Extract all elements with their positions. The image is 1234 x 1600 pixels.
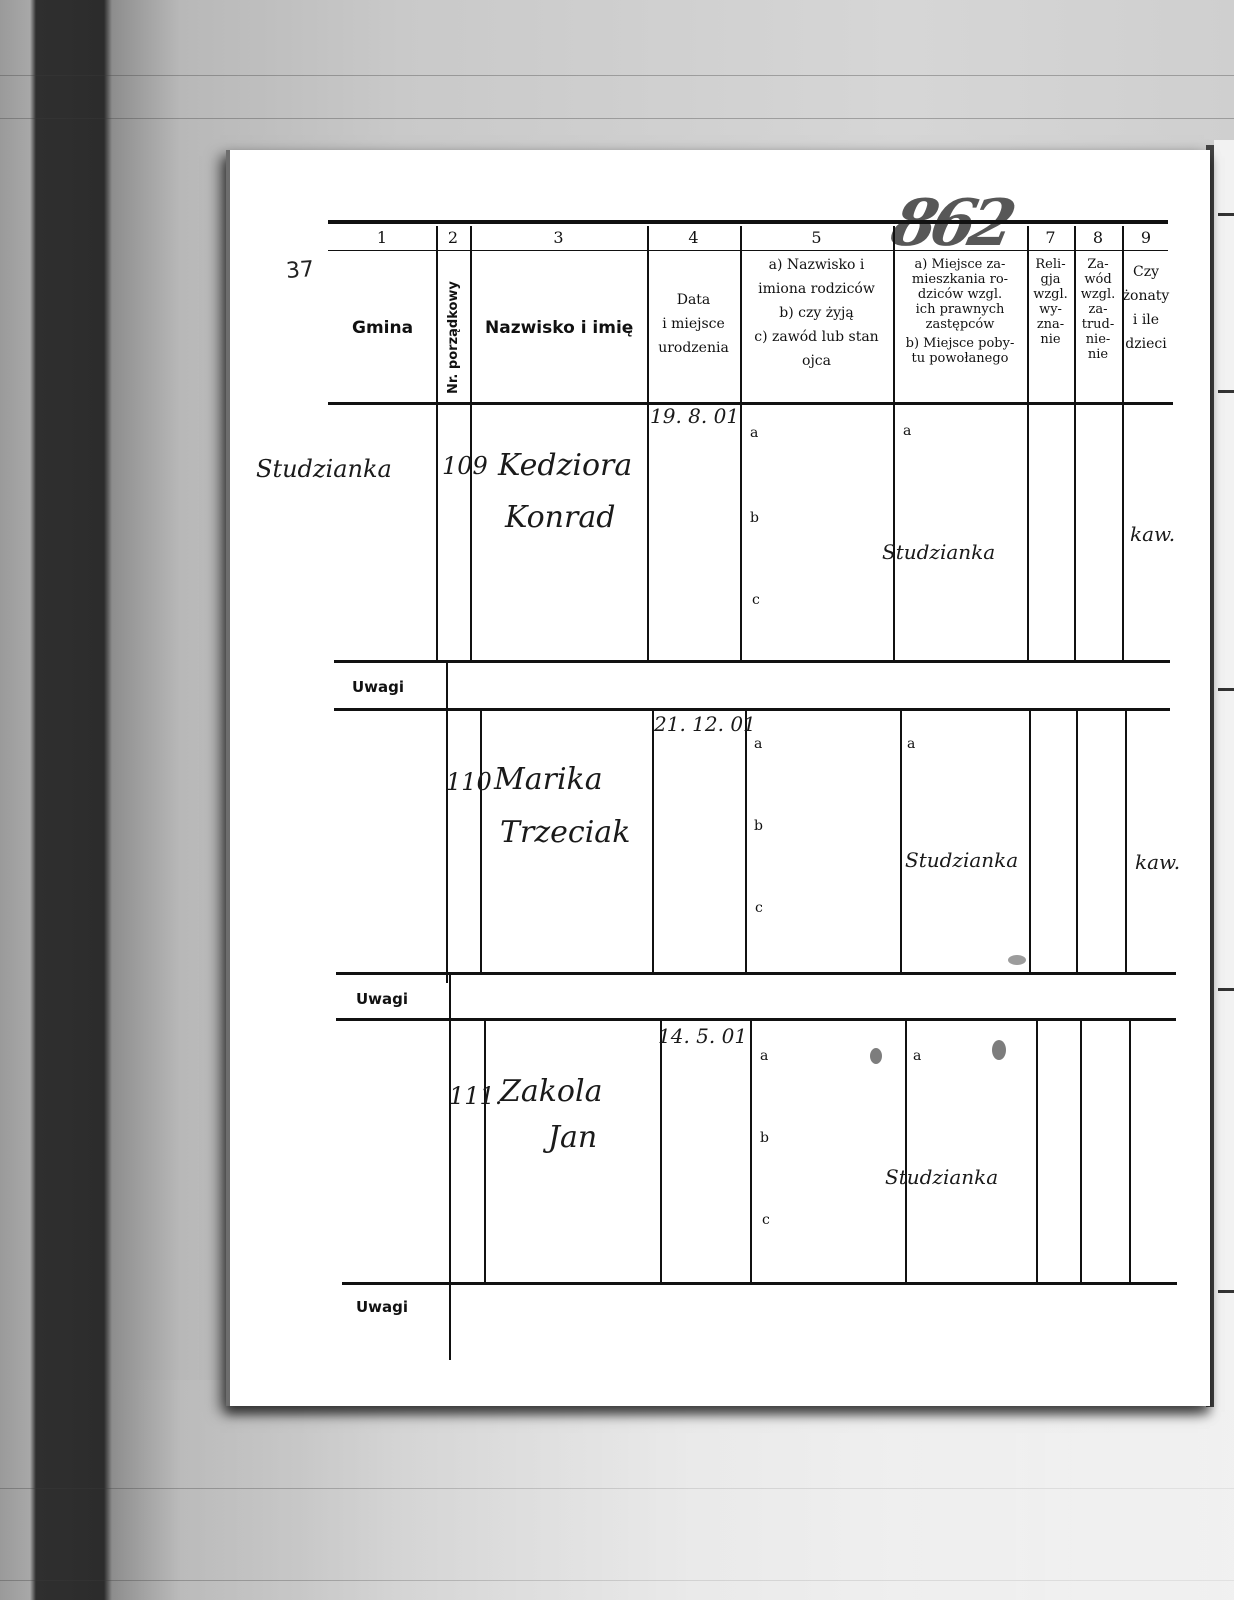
col-divider: [484, 1020, 486, 1282]
entry-residence-b: Studzianka: [882, 540, 995, 564]
entry-given-name: Trzeciak: [500, 815, 630, 850]
header-line: urodzenia: [647, 338, 740, 358]
entry-birth-date: 14. 5. 01: [658, 1024, 747, 1048]
col-divider: [750, 1020, 752, 1282]
entry-surname: Zakola: [500, 1074, 602, 1109]
header-line: ich prawnych: [893, 302, 1027, 317]
col-divider: [652, 710, 654, 972]
subfield-c: c: [755, 900, 763, 916]
col-number-2: 2: [436, 228, 470, 247]
header-line: Data: [647, 290, 740, 310]
col-number-6: 6: [893, 228, 1027, 247]
col-number-4: 4: [647, 228, 740, 247]
row-rule: [342, 1282, 1177, 1285]
header-line: dziców wzgl.: [893, 287, 1027, 302]
col-number-1: 1: [328, 228, 436, 247]
header-religia: Reli- gja wzgl. wy- zna- nie: [1027, 257, 1074, 347]
col-number-3: 3: [470, 228, 647, 247]
col-divider: [1125, 710, 1127, 972]
subfield-b: b: [754, 818, 763, 834]
ink-blot: [1008, 955, 1026, 965]
subfield-a: a: [760, 1048, 768, 1064]
col-divider: [1029, 710, 1031, 972]
entry-married: kaw.: [1130, 522, 1175, 546]
row-rule: [334, 708, 1170, 711]
col-divider: [660, 1020, 662, 1282]
subfield-b: b: [760, 1130, 769, 1146]
subfield-c: c: [762, 1212, 770, 1228]
header-zonaty: Czy żonaty i ile dzieci: [1122, 262, 1170, 354]
header-line: zastępców: [893, 317, 1027, 332]
col-number-8: 8: [1074, 228, 1122, 247]
col-number-5: 5: [740, 228, 893, 247]
entry-surname: Marika: [494, 762, 603, 797]
entry-given-name: Konrad: [505, 500, 615, 535]
entry-residence-b: Studzianka: [905, 848, 1018, 872]
entry-given-name: Jan: [548, 1120, 597, 1155]
col-divider: [1080, 1020, 1082, 1282]
subfield-c: c: [752, 592, 760, 608]
remarks-label: Uwagi: [352, 678, 404, 696]
col-number-9: 9: [1122, 228, 1170, 247]
entry-birth-date: 21. 12. 01: [654, 712, 756, 736]
header-nr-porzadkowy: Nr. porządkowy: [446, 281, 461, 394]
col-divider: [470, 226, 472, 662]
header-line: zna-: [1027, 317, 1074, 332]
header-line: a) Nazwisko i: [740, 255, 893, 275]
header-line: za-: [1074, 302, 1122, 317]
header-miejsce-zamieszkania: a) Miejsce za- mieszkania ro- dziców wzg…: [893, 257, 1027, 366]
header-line: wy-: [1027, 302, 1074, 317]
entry-surname: Kedziora: [498, 448, 632, 483]
subfield-a: a: [903, 423, 911, 439]
header-line: b) czy żyją: [740, 303, 893, 323]
col-divider: [1036, 1020, 1038, 1282]
header-line: wód: [1074, 272, 1122, 287]
remarks-label: Uwagi: [356, 1298, 408, 1316]
row-rule: [336, 1018, 1176, 1021]
column-number-rule: [328, 250, 1168, 251]
header-line: imiona rodziców: [740, 279, 893, 299]
col-divider: [436, 226, 438, 662]
header-line: wzgl.: [1027, 287, 1074, 302]
col-divider: [745, 710, 747, 972]
ink-blot: [870, 1048, 882, 1064]
header-line: wzgl.: [1074, 287, 1122, 302]
entry-married: kaw.: [1135, 850, 1180, 874]
adjacent-page-edge: [1214, 140, 1234, 1410]
header-line: b) Miejsce poby-: [893, 336, 1027, 351]
entry-residence-b: Studzianka: [885, 1165, 998, 1189]
row-rule: [334, 660, 1170, 663]
header-line: trud-: [1074, 317, 1122, 332]
header-line: Czy: [1122, 262, 1170, 282]
header-line: ojca: [740, 351, 893, 371]
header-line: i ile: [1122, 310, 1170, 330]
col-divider: [480, 710, 482, 972]
col-divider: [900, 710, 902, 972]
header-line: dzieci: [1122, 334, 1170, 354]
row-rule: [336, 972, 1176, 975]
remarks-label: Uwagi: [356, 990, 408, 1008]
header-line: tu powołanego: [893, 351, 1027, 366]
entry-gmina: Studzianka: [256, 455, 392, 483]
subfield-a: a: [754, 736, 762, 752]
header-line: mieszkania ro-: [893, 272, 1027, 287]
header-line: a) Miejsce za-: [893, 257, 1027, 272]
header-line: Za-: [1074, 257, 1122, 272]
subfield-b: b: [750, 510, 759, 526]
header-data-urodzenia: Data i miejsce urodzenia: [647, 290, 740, 358]
header-zawod: Za- wód wzgl. za- trud- nie- nie: [1074, 257, 1122, 362]
col-divider: [905, 1020, 907, 1282]
entry-nr: 110: [446, 768, 492, 796]
header-line: gja: [1027, 272, 1074, 287]
subfield-a: a: [750, 425, 758, 441]
col-divider: [1129, 1020, 1131, 1282]
header-rodzice: a) Nazwisko i imiona rodziców b) czy żyj…: [740, 255, 893, 371]
entry-birth-date: 19. 8. 01: [650, 404, 739, 428]
entry-nr: 109: [442, 452, 488, 480]
col-divider: [1076, 710, 1078, 972]
header-line: żonaty: [1122, 286, 1170, 306]
subfield-a: a: [907, 736, 915, 752]
col-divider: [449, 975, 451, 1360]
header-line: Reli-: [1027, 257, 1074, 272]
header-bottom-rule: [328, 402, 1173, 405]
header-line: nie-: [1074, 332, 1122, 347]
header-gmina: Gmina: [352, 318, 413, 338]
table-top-rule: [328, 220, 1168, 224]
header-line: nie: [1074, 347, 1122, 362]
col-divider: [446, 663, 448, 983]
ink-blot: [992, 1040, 1006, 1060]
handwritten-page-number: 37: [285, 257, 315, 284]
entry-nr: 111.: [449, 1082, 502, 1110]
subfield-a: a: [913, 1048, 921, 1064]
header-nazwisko-imie: Nazwisko i imię: [485, 318, 633, 338]
header-line: c) zawód lub stan: [740, 327, 893, 347]
col-number-7: 7: [1027, 228, 1074, 247]
header-line: nie: [1027, 332, 1074, 347]
header-line: i miejsce: [647, 314, 740, 334]
